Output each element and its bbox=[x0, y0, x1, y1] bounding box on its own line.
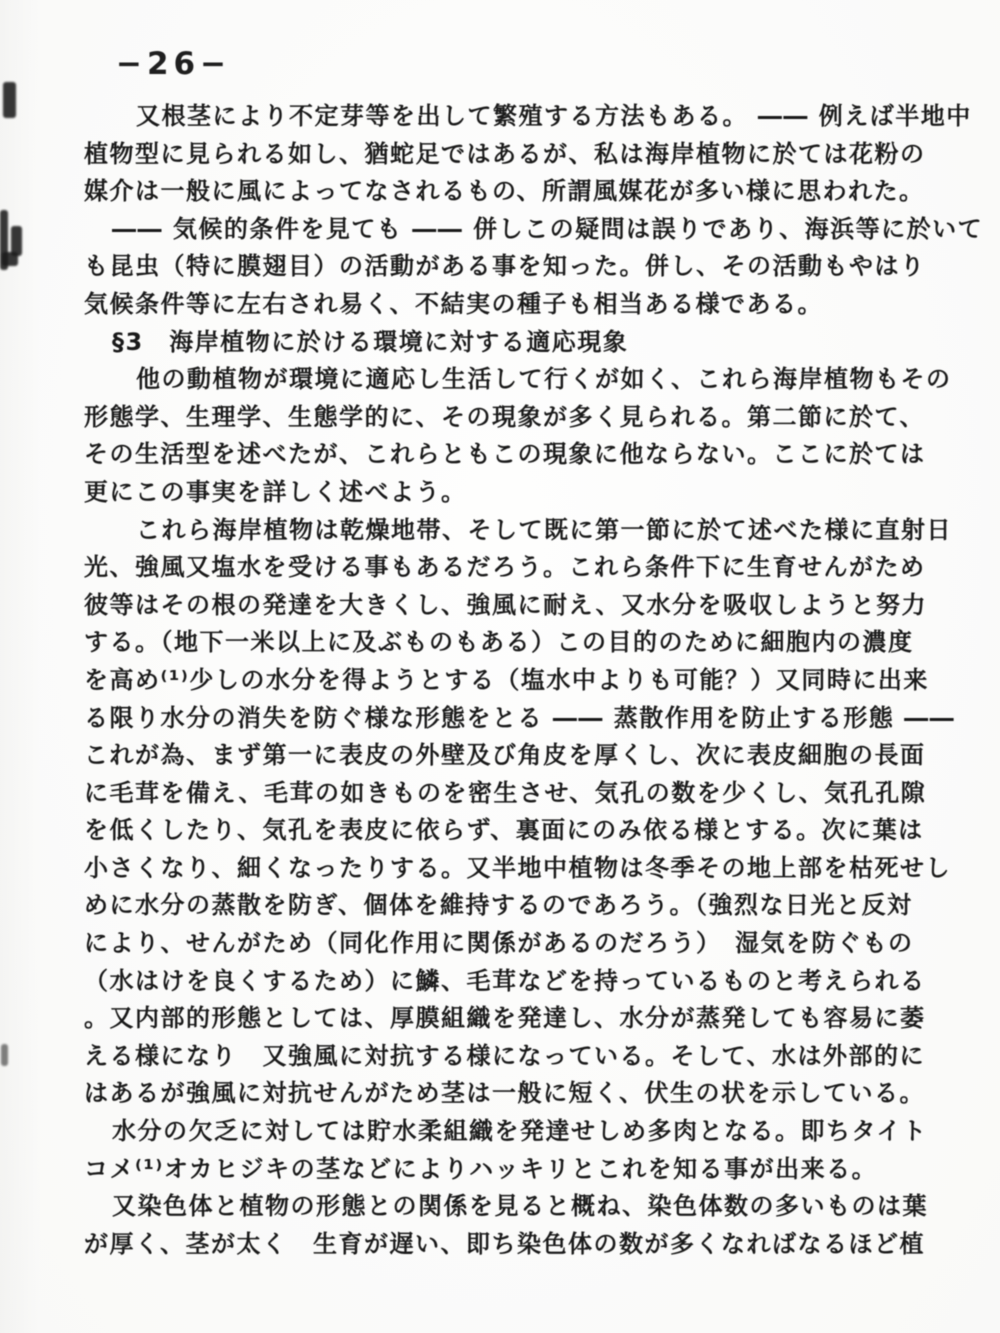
text-line: 形態学、生理学、生態学的に、その現象が多く見られる。第二節に於て、 bbox=[84, 399, 964, 437]
text-line: により、せんがため（同化作用に関係があるのだろう） 湿気を防ぐもの bbox=[84, 925, 964, 963]
text-line: はあるが強風に対抗せんがため茎は一般に短く、伏生の状を示している。 bbox=[84, 1075, 964, 1113]
page-number: −26− bbox=[116, 46, 231, 82]
text-line: を高め⁽¹⁾少しの水分を得ようとする（塩水中よりも可能？）又同時に出来 bbox=[84, 662, 964, 700]
scan-smudge bbox=[3, 82, 16, 118]
text-line: える様になり 又強風に対抗する様になっている。そして、水は外部的に bbox=[84, 1038, 964, 1076]
text-line: 媒介は一般に風によってなされるもの、所謂風媒花が多い様に思われた。 bbox=[84, 173, 964, 211]
text-line: る限り水分の消失を防ぐ様な形態をとる ―― 蒸散作用を防止する形態 ―― bbox=[84, 700, 964, 738]
text-line: めに水分の蒸散を防ぎ、個体を維持するのであろう。（強烈な日光と反対 bbox=[84, 887, 964, 925]
text-line: 又染色体と植物の形態との関係を見ると概ね、染色体数の多いものは葉 bbox=[84, 1188, 964, 1226]
text-line: 。又内部的形態としては、厚膜組織を発達し、水分が蒸発しても容易に萎 bbox=[84, 1000, 964, 1038]
text-line: 又根茎により不定芽等を出して繁殖する方法もある。 ―― 例えば半地中 bbox=[84, 98, 964, 136]
scan-smudge bbox=[1, 1044, 8, 1066]
text-line: 彼等はその根の発達を大きくし、強風に耐え、又水分を吸収しようと努力 bbox=[84, 587, 964, 625]
text-line: 気候条件等に左右され易く、不結実の種子も相当ある様である。 bbox=[84, 286, 964, 324]
text-line: （水はけを良くするため）に鱗、毛茸などを持っているものと考えられる bbox=[84, 963, 964, 1001]
scanned-manuscript-page: −26− 又根茎により不定芽等を出して繁殖する方法もある。 ―― 例えば半地中植… bbox=[0, 0, 1000, 1333]
manuscript-body: 又根茎により不定芽等を出して繁殖する方法もある。 ―― 例えば半地中植物型に見ら… bbox=[84, 98, 964, 1263]
text-line: 植物型に見られる如し、猶蛇足ではあるが、私は海岸植物に於ては花粉の bbox=[84, 136, 964, 174]
text-line: 更にこの事実を詳しく述べよう。 bbox=[84, 474, 964, 512]
text-line: 他の動植物が環境に適応し生活して行くが如く、これら海岸植物もその bbox=[84, 361, 964, 399]
text-line: これら海岸植物は乾燥地帯、そして既に第一節に於て述べた様に直射日 bbox=[84, 512, 964, 550]
text-line: これが為、まず第一に表皮の外壁及び角皮を厚くし、次に表皮細胞の長面 bbox=[84, 737, 964, 775]
text-line: に毛茸を備え、毛茸の如きものを密生させ、気孔の数を少くし、気孔孔隙 bbox=[84, 775, 964, 813]
text-line: する。（地下一米以上に及ぶものもある）この目的のために細胞内の濃度 bbox=[84, 624, 964, 662]
text-line: を低くしたり、気孔を表皮に依らず、裏面にのみ依る様とする。次に葉は bbox=[84, 812, 964, 850]
text-line: 光、強風又塩水を受ける事もあるだろう。これら条件下に生育せんがため bbox=[84, 549, 964, 587]
text-line: ―― 気候的条件を見ても ―― 併しこの疑問は誤りであり、海浜等に於いて bbox=[84, 211, 964, 249]
text-line: 水分の欠乏に対しては貯水柔組織を発達せしめ多肉となる。即ちタイト bbox=[84, 1113, 964, 1151]
text-line: 小さくなり、細くなったりする。又半地中植物は冬季その地上部を枯死せし bbox=[84, 850, 964, 888]
text-line: コメ⁽¹⁾オカヒジキの茎などによりハッキリとこれを知る事が出来る。 bbox=[84, 1151, 964, 1189]
section-heading: §3 海岸植物に於ける環境に対する適応現象 bbox=[84, 324, 964, 362]
text-line: その生活型を述べたが、これらともこの現象に他ならない。ここに於ては bbox=[84, 436, 964, 474]
text-line: も昆虫（特に膜翅目）の活動がある事を知った。併し、その活動もやはり bbox=[84, 248, 964, 286]
text-line: が厚く、茎が太く 生育が遅い、即ち染色体の数が多くなればなるほど植 bbox=[84, 1226, 964, 1264]
scan-smudge bbox=[2, 252, 18, 266]
